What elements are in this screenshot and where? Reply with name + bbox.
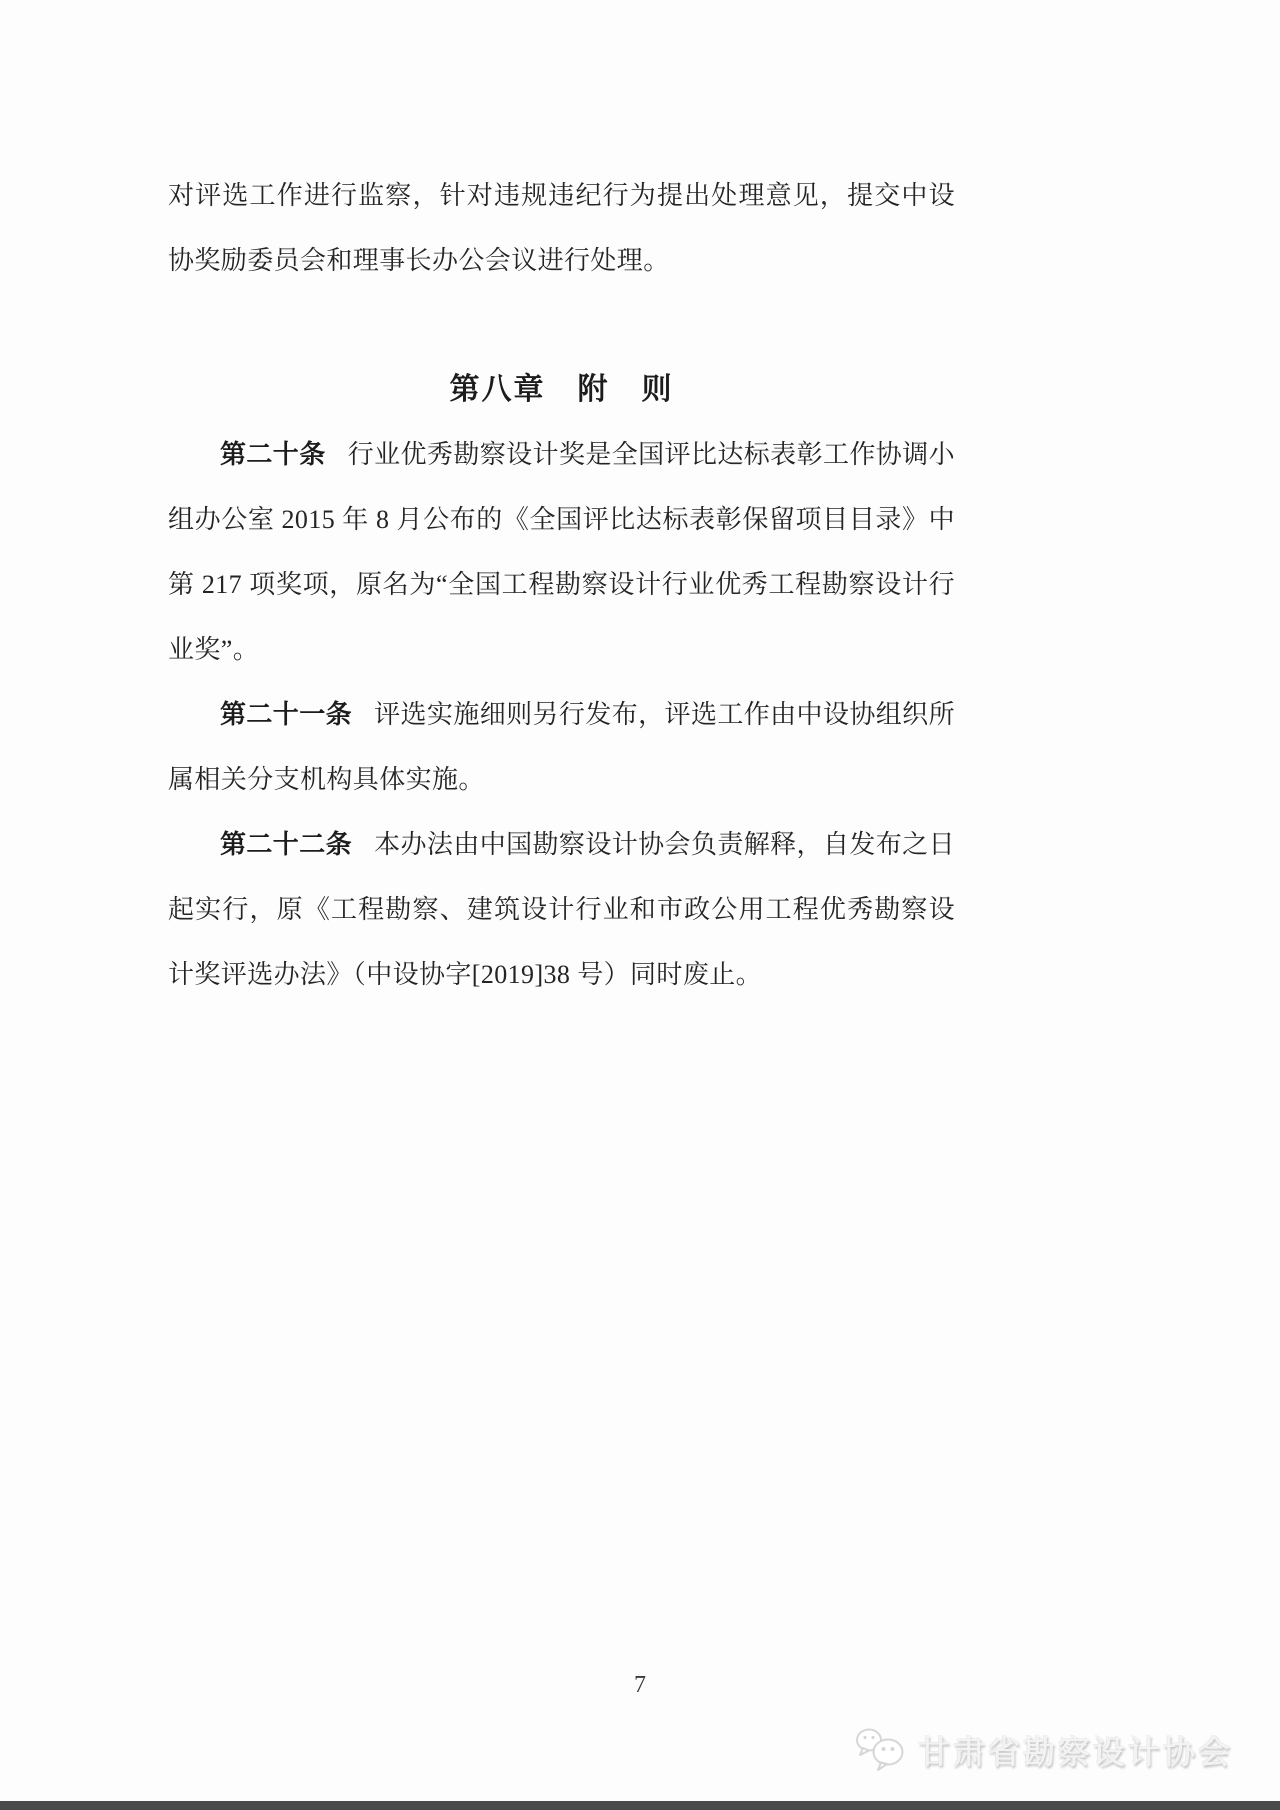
- paragraph-continuation: 对评选工作进行监察，针对违规违纪行为提出处理意见，提交中设协奖励委员会和理事长办…: [168, 163, 955, 293]
- footer-watermark: 甘肃省勘察设计协会: [854, 1726, 1233, 1774]
- article-20-text: 行业优秀勘察设计奖是全国评比达标表彰工作协调小组办公室 2015 年 8 月公布…: [168, 440, 955, 664]
- article-22-number: 第二十二条: [220, 829, 352, 859]
- article-21-number: 第二十一条: [220, 699, 352, 729]
- association-name: 甘肃省勘察设计协会: [918, 1727, 1233, 1773]
- document-body: 对评选工作进行监察，针对违规违纪行为提出处理意见，提交中设协奖励委员会和理事长办…: [168, 163, 955, 1007]
- bottom-separator-bar: [0, 1801, 1280, 1810]
- wechat-logo-icon: [854, 1726, 908, 1774]
- page-number: 7: [0, 1672, 1280, 1699]
- paragraph-article-20: 第二十条行业优秀勘察设计奖是全国评比达标表彰工作协调小组办公室 2015 年 8…: [168, 422, 955, 682]
- paragraph-article-21: 第二十一条评选实施细则另行发布，评选工作由中设协组织所属相关分支机构具体实施。: [168, 682, 955, 812]
- chapter-heading: 第八章 附 则: [168, 357, 955, 422]
- paragraph-article-22: 第二十二条本办法由中国勘察设计协会负责解释，自发布之日起实行，原《工程勘察、建筑…: [168, 812, 955, 1007]
- article-20-number: 第二十条: [220, 439, 326, 469]
